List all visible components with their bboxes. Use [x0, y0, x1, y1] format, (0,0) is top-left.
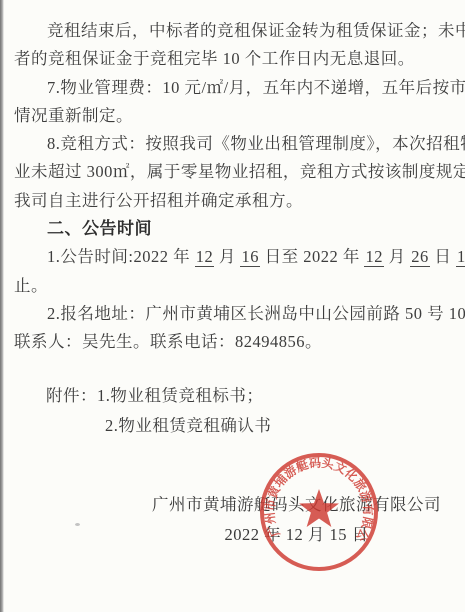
- scan-artifact: [75, 523, 80, 526]
- underlined-value: 17:00: [456, 247, 465, 267]
- text-line: 8.竞租方式：按照我司《物业出租管理制度》，本次招租物: [14, 130, 457, 158]
- document-page: 竞租结束后，中标者的竞租保证金转为租赁保证金；未中标者的竞租保证金于竞租完毕 1…: [0, 0, 465, 612]
- company-name: 广州市黄埔游艇码头文化旅游有限公司: [152, 493, 441, 516]
- signature-block: 广州市黄埔游艇码头文化旅游有限公司 2022 年 12 月 15 日: [152, 493, 441, 546]
- underlined-value: 12: [364, 247, 384, 267]
- text-line: 联系人：吴先生。联系电话：82494856。: [14, 328, 457, 356]
- scan-edge-artifact: [0, 0, 4, 612]
- document-body-lines: 竞租结束后，中标者的竞租保证金转为租赁保证金；未中标者的竞租保证金于竞租完毕 1…: [14, 17, 457, 357]
- text-line: 7.物业管理费：10 元/㎡/月，五年内不递增，五年后按市场: [14, 74, 457, 102]
- underlined-value: 26: [410, 247, 430, 267]
- underlined-value: 12: [195, 247, 215, 267]
- text-line: 2.报名地址：广州市黄埔区长洲岛中山公园前路 50 号 108，: [14, 300, 457, 328]
- text-line: 止。: [14, 272, 457, 300]
- text-line: 1.公告时间:2022 年 12 月 16 日至 2022 年 12 月 26 …: [14, 243, 457, 271]
- attachments-block: 附件：1.物业租赁竞租标书； 2.物业租赁竞租确认书: [14, 381, 457, 441]
- attachment-line-2: 2.物业租赁竞租确认书: [14, 411, 457, 441]
- text-line: 竞租结束后，中标者的竞租保证金转为租赁保证金；未中标: [14, 17, 457, 45]
- section-heading: 二、公告时间: [14, 215, 457, 243]
- attachment-line-1: 附件：1.物业租赁竞租标书；: [14, 381, 457, 411]
- text-line: 情况重新制定。: [14, 102, 457, 130]
- sign-date: 2022 年 12 月 15 日: [152, 524, 441, 546]
- text-line: 者的竞租保证金于竞租完毕 10 个工作日内无息退回。: [14, 45, 457, 73]
- underlined-value: 16: [240, 247, 260, 267]
- text-line: 我司自主进行公开招租并确定承租方。: [14, 187, 457, 215]
- text-line: 业未超过 300㎡，属于零星物业招租，竞租方式按该制度规定由: [14, 158, 457, 186]
